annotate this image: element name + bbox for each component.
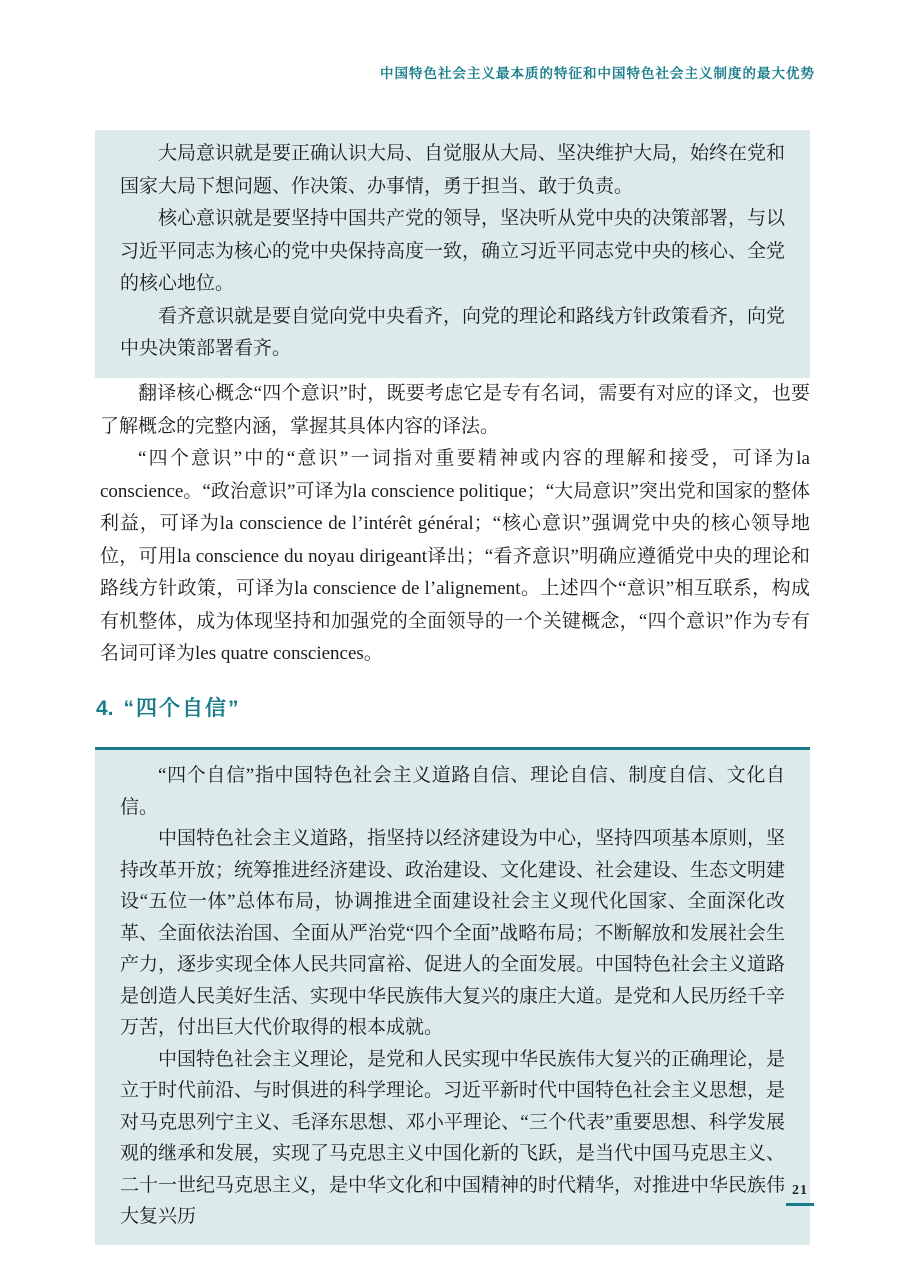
quote-box-four-consciousnesses: 大局意识就是要正确认识大局、自觉服从大局、坚决维护大局，始终在党和国家大局下想问… — [95, 130, 810, 378]
section-title: “四个自信” — [124, 697, 241, 720]
quote-paragraph: 大局意识就是要正确认识大局、自觉服从大局、坚决维护大局，始终在党和国家大局下想问… — [120, 138, 785, 203]
page-number: 21 — [792, 1183, 808, 1199]
section-heading: 4.“四个自信” — [96, 692, 241, 722]
page-number-underline — [786, 1203, 814, 1206]
quote-paragraph: “四个自信”指中国特色社会主义道路自信、理论自信、制度自信、文化自信。 — [120, 760, 785, 823]
quote-paragraph: 中国特色社会主义道路，指坚持以经济建设为中心，坚持四项基本原则，坚持改革开放；统… — [120, 823, 785, 1044]
body-text: 翻译核心概念“四个意识”时，既要考虑它是专有名词，需要有对应的译文，也要了解概念… — [100, 378, 810, 671]
body-paragraph: “四个意识”中的“意识”一词指对重要精神或内容的理解和接受，可译为la cons… — [100, 443, 810, 671]
quote-paragraph: 看齐意识就是要自觉向党中央看齐，向党的理论和路线方针政策看齐，向党中央决策部署看… — [120, 301, 785, 366]
quote-paragraph: 中国特色社会主义理论，是党和人民实现中华民族伟大复兴的正确理论，是立于时代前沿、… — [120, 1044, 785, 1233]
section-number: 4. — [96, 697, 114, 720]
body-paragraph: 翻译核心概念“四个意识”时，既要考虑它是专有名词，需要有对应的译文，也要了解概念… — [100, 378, 810, 443]
quote-box-four-confidences: “四个自信”指中国特色社会主义道路自信、理论自信、制度自信、文化自信。 中国特色… — [95, 747, 810, 1245]
quote-paragraph: 核心意识就是要坚持中国共产党的领导，坚决听从党中央的决策部署，与以习近平同志为核… — [120, 203, 785, 301]
running-header: 中国特色社会主义最本质的特征和中国特色社会主义制度的最大优势 — [380, 62, 815, 82]
page-footer: 21 — [783, 1183, 817, 1206]
